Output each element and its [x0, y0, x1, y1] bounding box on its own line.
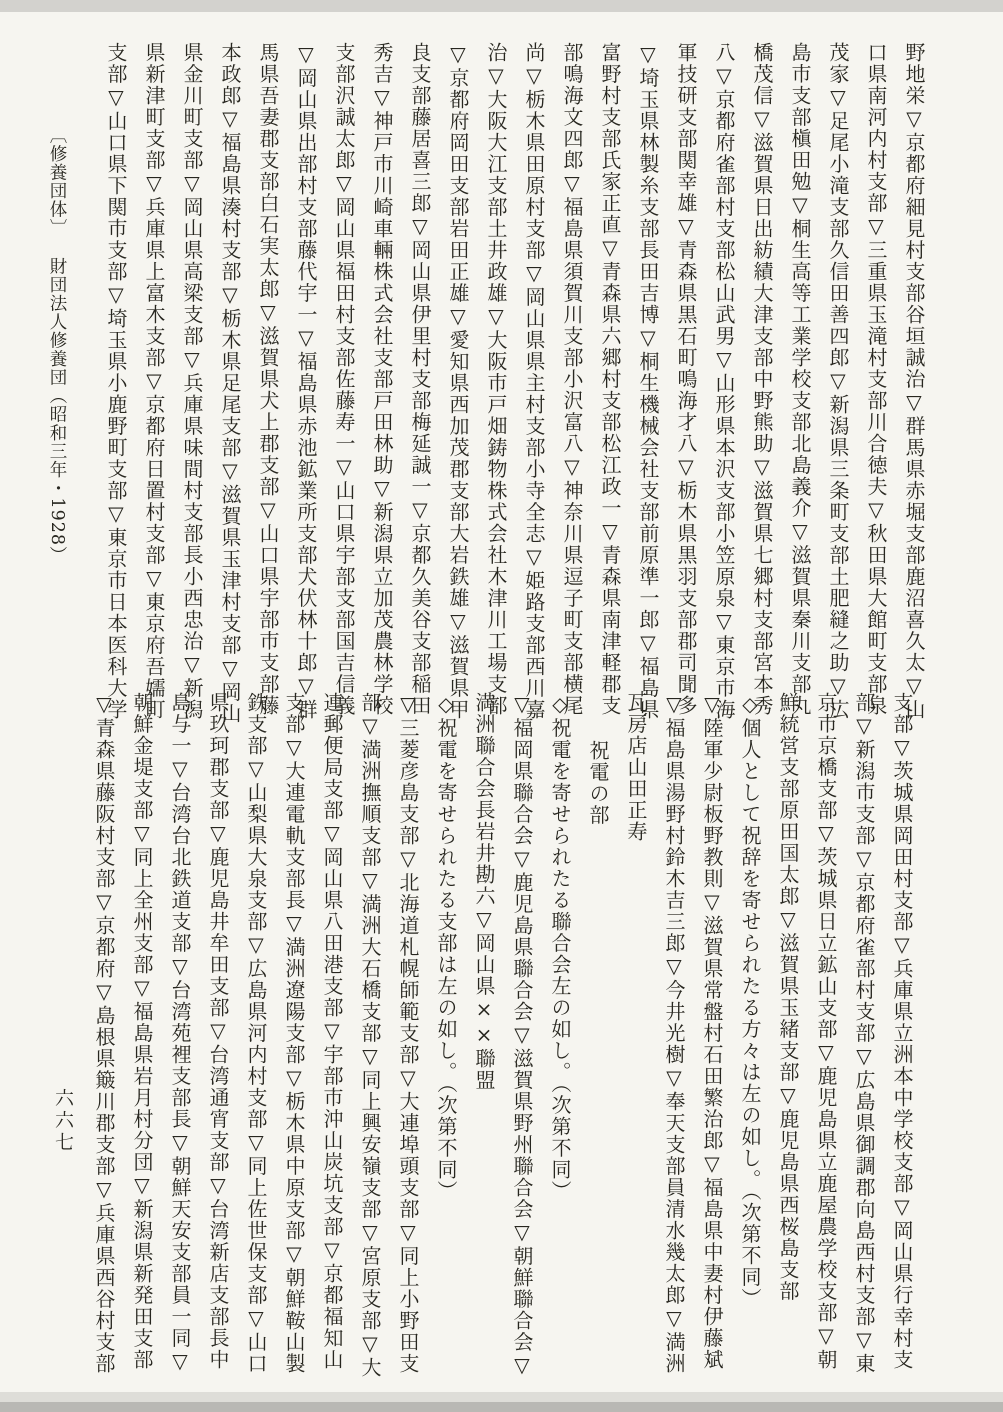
text-column: 連郵便局支部▽岡山県八田港支部▽宇部市沖山炭坑支部▽京都福知山 — [313, 692, 351, 1347]
text-column: 支部▽茨城県岡田村支部▽兵庫県立洲本中学校支部▽岡山県行幸村支 — [883, 692, 921, 1347]
text-column: 馬県吾妻郡支部白石実太郎▽滋賀県犬上郡支部▽山口県宇部市支部藤 — [249, 42, 287, 682]
text-column: 満洲聯合会長岩井勘六▽岡山県××聯盟 — [465, 692, 503, 1347]
text-column: 富野村支部氏家正直▽青森県六郷村支部松江政一▽青森県南津軽郡支 — [591, 42, 629, 682]
text-column: ▽京都府岡田支部岩田正雄▽愛知県西加茂郡支部大岩鉄雄▽滋賀県甲 — [439, 42, 477, 682]
text-column: 部▽新潟市支部▽京都府雀部村支部▽広島県御調郡向島西村支部▽東 — [845, 692, 883, 1347]
text-column: 県新津町支部▽兵庫県上富木支部▽京都府日置村支部▽東京府吾嬬町 — [135, 42, 173, 682]
text-column: 野地栄▽京都府細見村支部谷垣誠治▽群馬県赤堀支部鹿沼喜久太▽山 — [895, 42, 933, 682]
text-column: 朝鮮金堤支部▽同上全州支部▽福島県岩月村分団▽新潟県新発田支部 — [123, 692, 161, 1347]
text-column: ▽青森県藤阪村支部▽京都府▽島根県簸川郡支部▽兵庫県西谷村支部 — [85, 692, 123, 1347]
text-column: 部▽満洲撫順支部▽満洲大石橋支部▽同上興安嶺支部▽宮原支部▽大 — [351, 692, 389, 1347]
text-column: ▽埼玉県林製糸支部長田吉博▽桐生機械会社支部前原準一郎▽福島県 — [629, 42, 667, 682]
text-column: ▽陸軍少尉板野教則▽滋賀県常盤村石田繁治郎▽福島県中妻村伊藤斌 — [693, 692, 731, 1347]
text-column: 支部沢誠太郎▽岡山県福田村支部佐藤寿一▽山口県宇部支部国吉信義 — [325, 42, 363, 682]
text-column: 支部▽山口県下関市支部▽埼玉県小鹿野町支部▽東京市日本医科大学 — [97, 42, 135, 682]
scan-edge-bottom-light — [0, 1392, 1003, 1402]
text-column: 尚▽栃木県田原村支部▽岡山県県主村支部小寺全志▽姫路支部西川嘉 — [515, 42, 553, 682]
text-column: ◇個人として祝辞を寄せられたる方々は左の如し。（次第不同） — [731, 692, 769, 1347]
document-page: 〔修養団体〕財団法人修養団（昭和三年・1928） 野地栄▽京都府細見村支部谷垣誠… — [0, 0, 1003, 1412]
margin-category-label: 〔修養団体〕 — [47, 126, 67, 237]
text-column: 八▽京都府雀部村支部松山武男▽山形県本沢支部小笠原泉▽東京市海 — [705, 42, 743, 682]
text-column: 県玖珂郡支部▽鹿児島井牟田支部▽台湾通宵支部▽台湾新店支部長中 — [199, 692, 237, 1347]
margin-note: 〔修養団体〕財団法人修養団（昭和三年・1928） — [42, 126, 72, 586]
text-column: 支部▽大連電軌支部長▽満洲遼陽支部▽栃木県中原支部▽朝鮮鞍山製 — [275, 692, 313, 1347]
text-column: 軍技研支部関幸雄▽青森県黒石町鳴海才八▽栃木県黒羽支部郡司聞多 — [667, 42, 705, 682]
text-column: ◇祝電を寄せられたる聯合会左の如し。（次第不同） — [541, 692, 579, 1347]
text-column: 部鳴海文四郎▽福島県須賀川支部小沢富八▽神奈川県逗子町支部横尾 — [553, 42, 591, 682]
text-column: 島市支部槇田勉▽桐生高等工業学校支部北島義介▽滋賀県秦川支部丸 — [781, 42, 819, 682]
text-column: 良支部藤居喜三郎▽岡山県伊里村支部梅延誠一▽京都久美谷支部稲田 — [401, 42, 439, 682]
text-column: 県金川町支部▽岡山県高梁支部▽兵庫県味間村支部長小西忠治▽新潟 — [173, 42, 211, 682]
text-column: ◇祝電を寄せられたる支部は左の如し。（次第不同） — [427, 692, 465, 1347]
page-number: 六六七 — [50, 1088, 76, 1178]
scan-edge-top — [0, 0, 1003, 12]
text-column: 本政郎▽福島県湊村支部▽栃木県足尾支部▽滋賀県玉津村支部▽岡山 — [211, 42, 249, 682]
text-column: 口県南河内村支部▽三重県玉滝村支部川合徳夫▽秋田県大館町支部泉 — [857, 42, 895, 682]
section-heading: 祝電の部 — [579, 692, 617, 1347]
text-column: 治▽大阪大江支部土井政雄▽大阪市戸畑鋳物株式会社木津川工場支部 — [477, 42, 515, 682]
text-column: ▽福島県湯野村鈴木吉三郎▽今井光樹▽奉天支部員清水幾太郎▽満洲 — [655, 692, 693, 1347]
text-column: 瓦房店山田正寿 — [617, 692, 655, 1347]
text-column: ▽岡山県出部村支部藤代宇一▽福島県赤池鉱業所支部犬伏林十郎▽群 — [287, 42, 325, 682]
margin-source-label: 財団法人修養団（昭和三年・1928） — [47, 257, 67, 565]
address-list-block: 野地栄▽京都府細見村支部谷垣誠治▽群馬県赤堀支部鹿沼喜久太▽山 口県南河内村支部… — [97, 42, 933, 682]
text-column: 京市京橋支部▽茨城県日立鉱山支部▽鹿児島県立鹿屋農学校支部▽朝 — [807, 692, 845, 1347]
text-column: 秀吉▽神戸市川崎車輛株式会社支部戸田林助▽新潟県立加茂農林学校 — [363, 42, 401, 682]
text-column: 島与一▽台湾台北鉄道支部▽台湾苑裡支部長▽朝鮮天安支部員一同▽ — [161, 692, 199, 1347]
text-column: 橋茂信▽滋賀県日出紡績大津支部中野熊助▽滋賀県七郷村支部宮本秀 — [743, 42, 781, 682]
text-column: 茂家▽足尾小滝支部久信田善四郎▽新潟県三条町支部土肥縫之助▽広 — [819, 42, 857, 682]
text-column: 鮮統営支部原田国太郎▽滋賀県玉緒支部▽鹿児島県西桜島支部 — [769, 692, 807, 1347]
scan-edge-bottom — [0, 1402, 1003, 1412]
text-column: 鉄支部▽山梨県大泉支部▽広島県河内村支部▽同上佐世保支部▽山口 — [237, 692, 275, 1347]
text-column: ▽福岡県聯合会▽鹿児島県聯合会▽滋賀県野州聯合会▽朝鮮聯合会▽ — [503, 692, 541, 1347]
telegram-section-block: 支部▽茨城県岡田村支部▽兵庫県立洲本中学校支部▽岡山県行幸村支 部▽新潟市支部▽… — [85, 692, 921, 1347]
text-column: ▽三菱彦島支部▽北海道札幌師範支部▽大連埠頭支部▽同上小野田支 — [389, 692, 427, 1347]
